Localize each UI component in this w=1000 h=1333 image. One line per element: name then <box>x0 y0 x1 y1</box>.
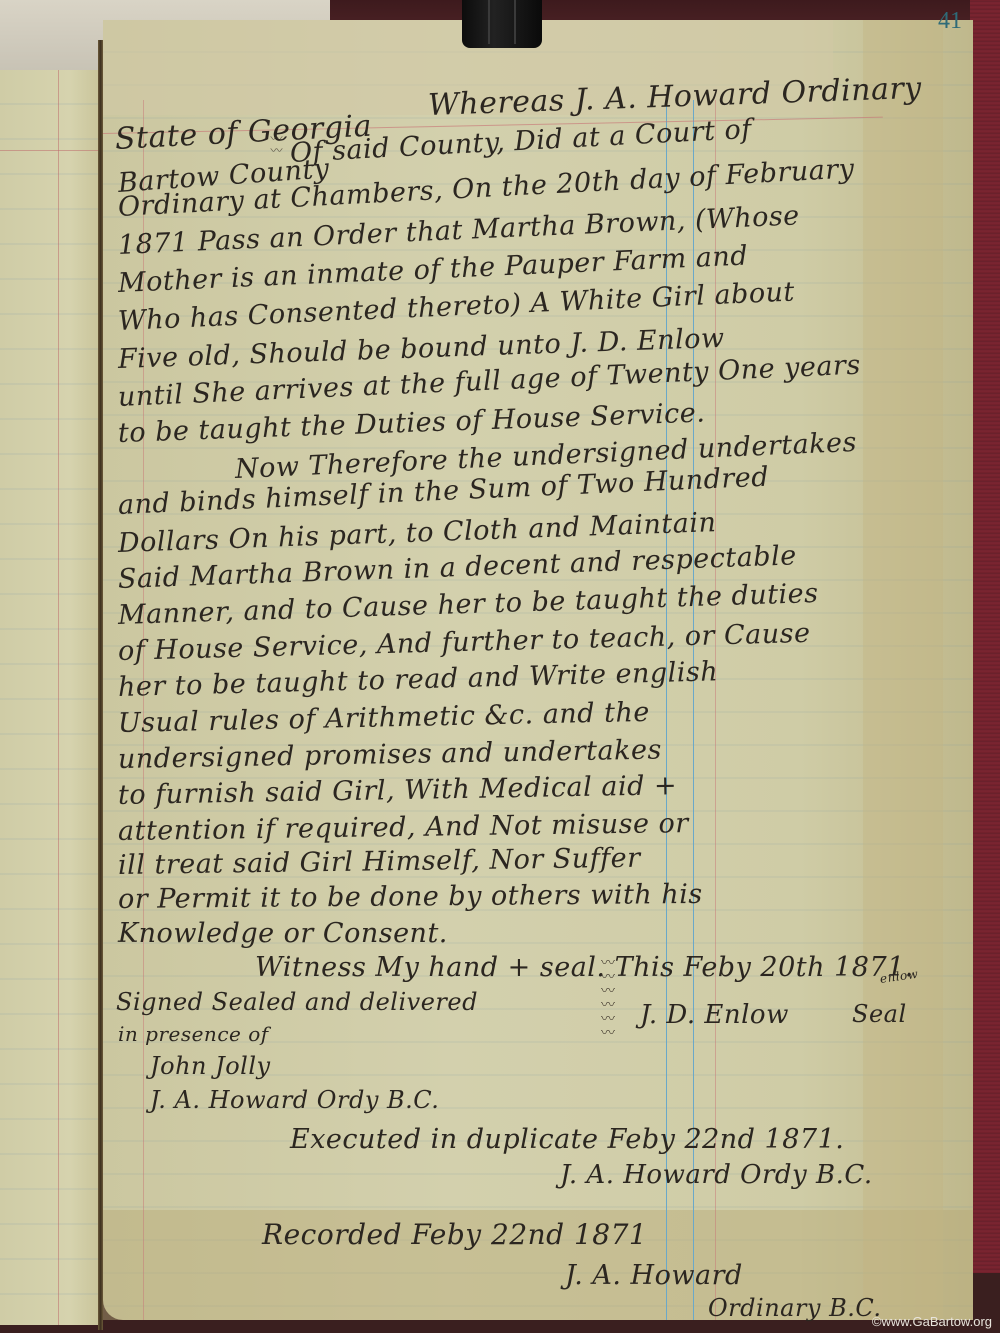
watermark: ©www.GaBartow.org <box>872 1314 992 1329</box>
left-page-header-rule <box>0 150 100 151</box>
signed-sealed-line: Signed Sealed and delivered <box>116 988 478 1016</box>
left-page-margin-rule <box>58 35 59 1325</box>
brace-decoration: 〰〰 <box>268 132 285 156</box>
recorded-line: Recorded Feby 22nd 1871 <box>262 1218 647 1251</box>
executed-line: Executed in duplicate Feby 22nd 1871. <box>290 1124 844 1155</box>
body-line: or Permit it to be done by others with h… <box>118 879 703 915</box>
execution-signature: J. A. Howard Ordy B.C. <box>560 1160 873 1190</box>
signatory-signature: J. D. Enlow <box>640 1000 789 1030</box>
left-ledger-page <box>0 35 100 1325</box>
page-edge-strip <box>863 20 943 1320</box>
page-number: 41 <box>938 8 962 35</box>
witness-line: Witness My hand + seal. This Feby 20th 1… <box>255 952 914 983</box>
recording-title: Ordinary B.C. <box>708 1294 882 1322</box>
witness-name-2: J. A. Howard Ordy B.C. <box>150 1086 439 1114</box>
body-line: Knowledge or Consent. <box>118 918 448 949</box>
presence-line: in presence of <box>118 1022 269 1046</box>
seal-label: Seal <box>852 1000 907 1028</box>
recording-signature: J. A. Howard <box>565 1260 743 1291</box>
brace-decoration: 〰〰〰〰〰〰 <box>597 955 617 1039</box>
binder-clip <box>462 0 542 48</box>
background-cloth-right <box>970 0 1000 1333</box>
witness-name-1: John Jolly <box>150 1052 271 1080</box>
